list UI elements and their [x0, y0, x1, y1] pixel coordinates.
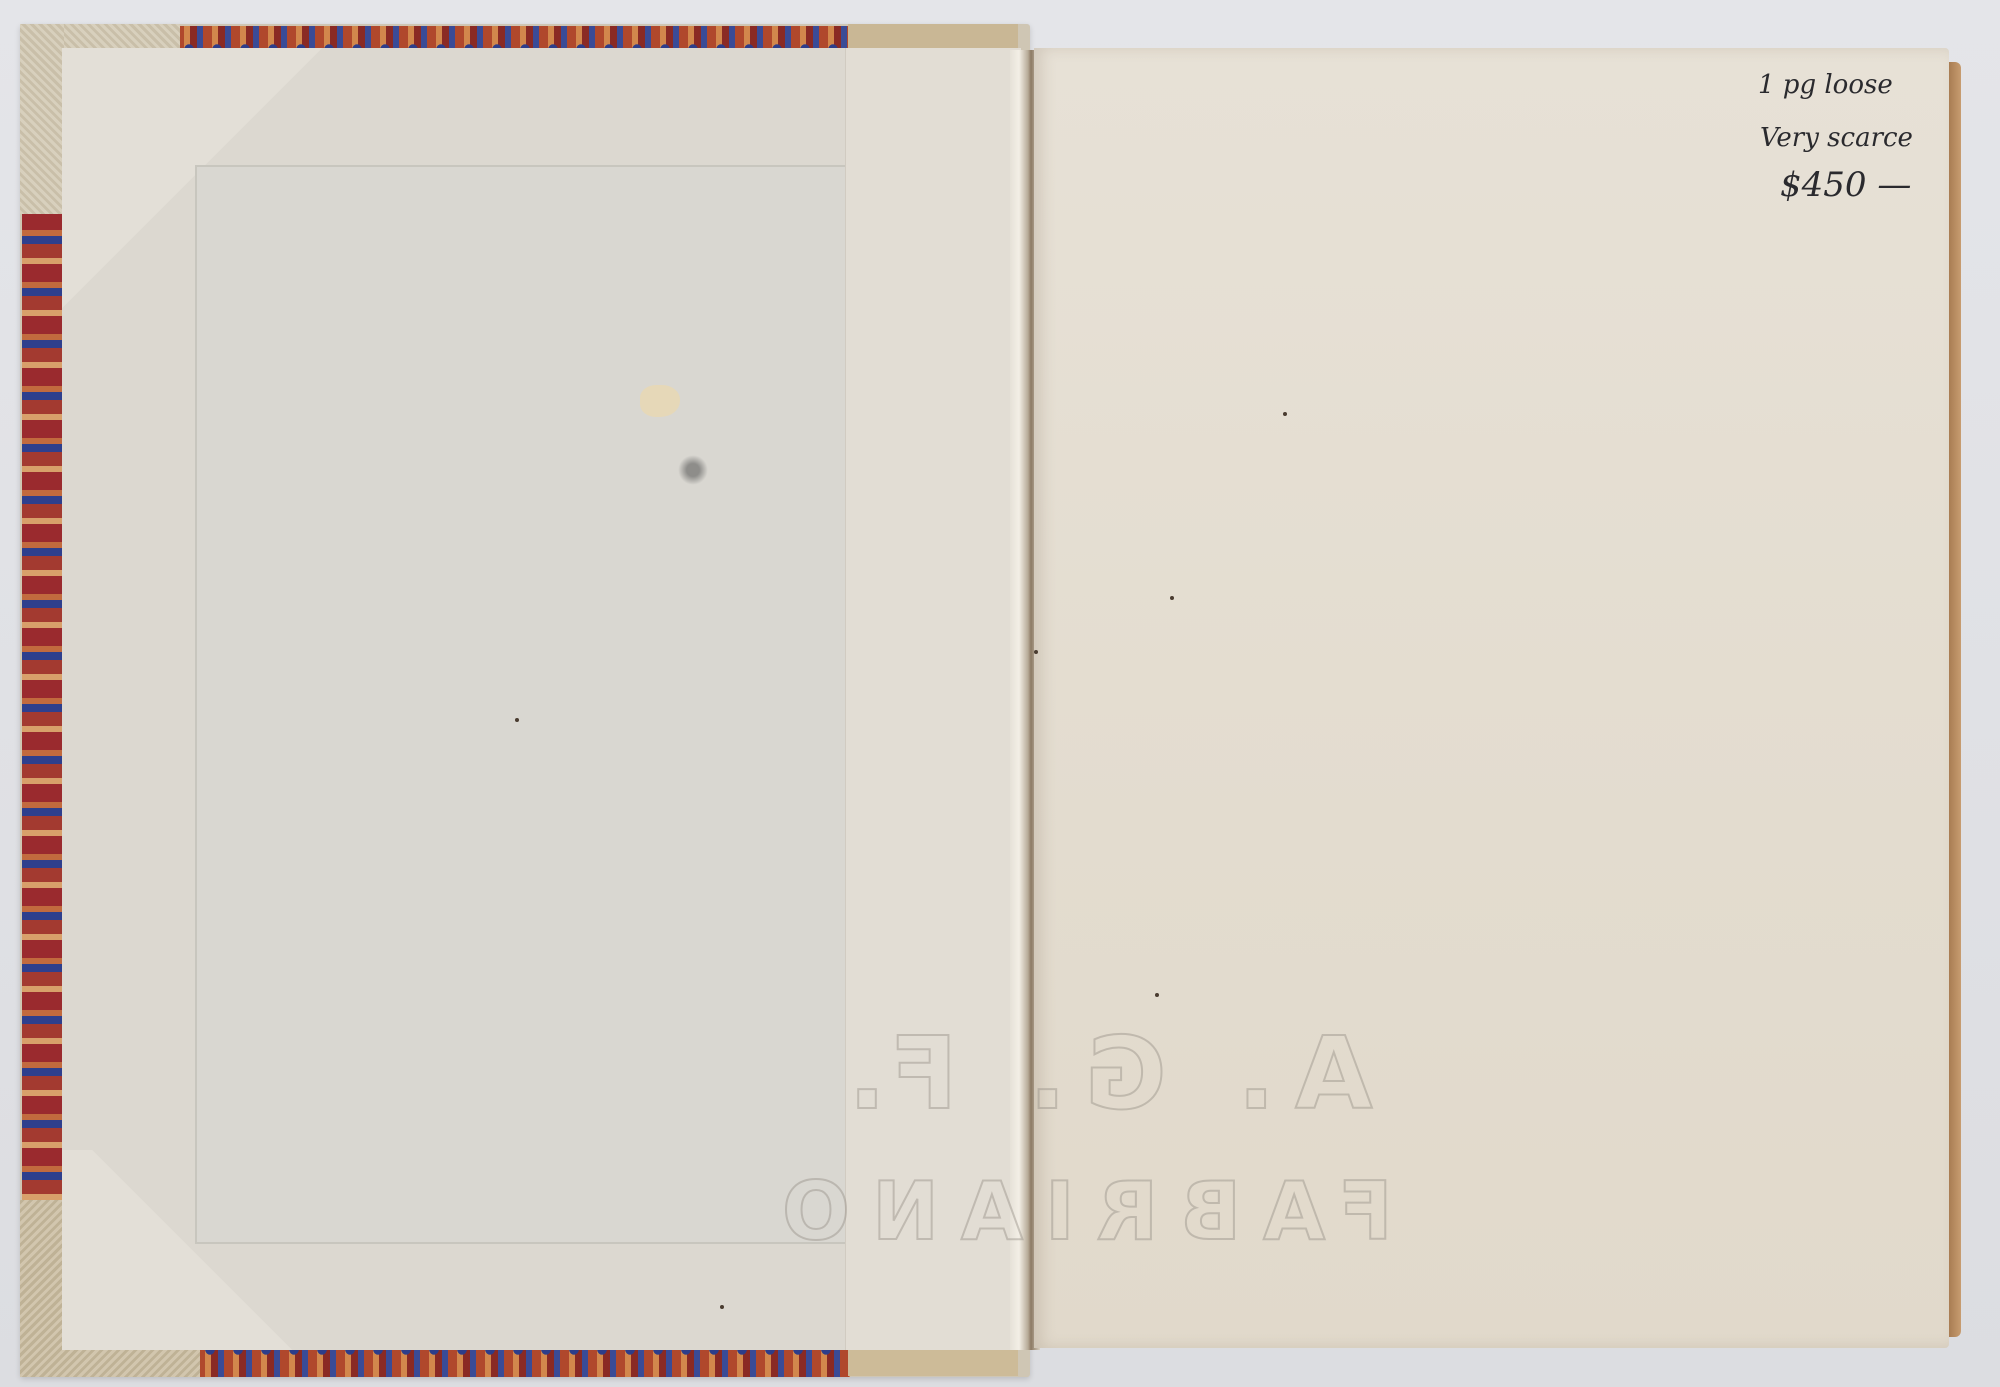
speck [1034, 650, 1038, 654]
pastedown-inner-panel [195, 165, 852, 1244]
marbled-paper-bottom [140, 1349, 850, 1377]
flyleaf-page [1034, 48, 1949, 1348]
marbled-paper-top [175, 26, 850, 50]
speck [720, 1305, 724, 1309]
pencil-note-line1: 1 pg loose [1758, 72, 1893, 98]
marbled-paper-left [22, 212, 66, 1212]
vellum-corner-left [20, 24, 64, 214]
foxing-stain [640, 385, 680, 417]
speck [1155, 993, 1159, 997]
spine-leather-bottom [848, 1348, 1018, 1376]
speck [1170, 596, 1174, 600]
pencil-note-line2: Very scarce [1760, 125, 1913, 151]
watermark-fabriano: FABRIANO [760, 1165, 1393, 1258]
spine-leather-top [848, 24, 1018, 50]
speck [515, 718, 519, 722]
hinge-repair-strip [845, 48, 1021, 1350]
speck [1283, 412, 1287, 416]
watermark-initials: A. G. F. [830, 1015, 1373, 1132]
pencil-note-price: $450 — [1780, 168, 1911, 202]
